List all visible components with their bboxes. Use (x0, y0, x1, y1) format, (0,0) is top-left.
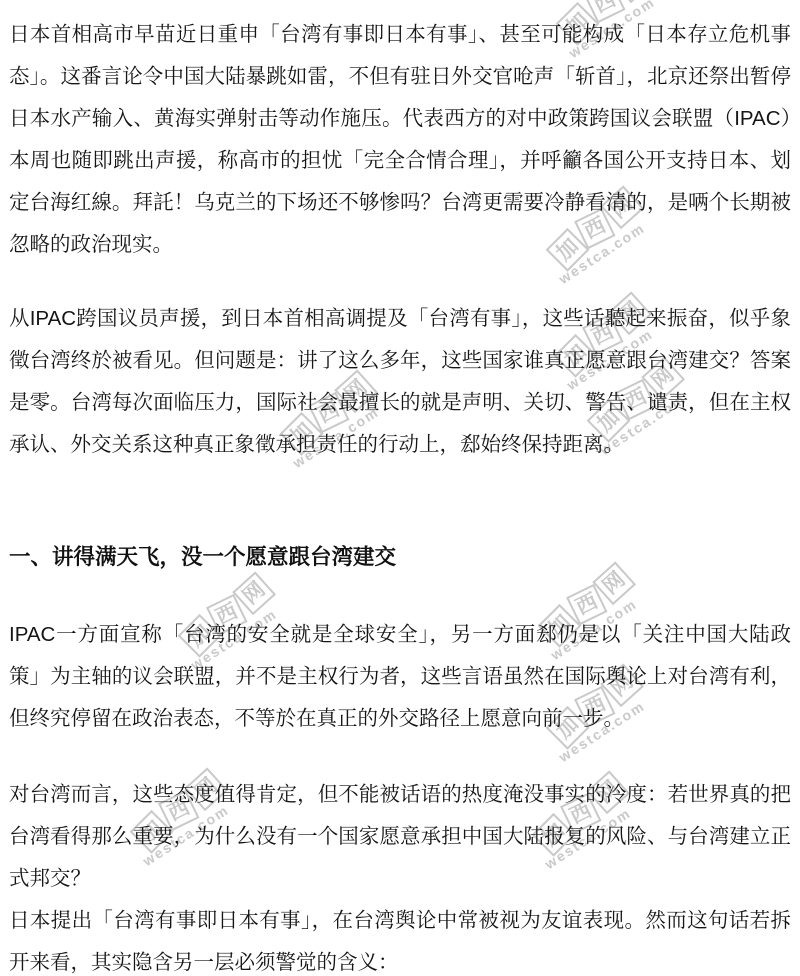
paragraph-5: 日本提出「台湾有事即日本有事」，在台湾舆论中常被视为友谊表现。然而这句话若拆开来… (9, 900, 791, 976)
section-heading: 一、讲得满天飞，没一个愿意跟台湾建交 (9, 536, 791, 578)
paragraph-4: 对台湾而言，这些态度值得肯定，但不能被话语的热度淹没事实的冷度：若世界真的把台湾… (9, 774, 791, 900)
paragraph-2: 从IPAC跨国议员声援，到日本首相高调提及「台湾有事」，这些话聽起来振奋，似乎象… (9, 298, 791, 466)
article-page: 加西网westca.com加西网westca.com加西网westca.com加… (0, 0, 800, 976)
paragraph-1: 日本首相高市早苗近日重申「台湾有事即日本有事」、甚至可能构成「日本存立危机事态」… (9, 14, 791, 266)
article-body: 日本首相高市早苗近日重申「台湾有事即日本有事」、甚至可能构成「日本存立危机事态」… (0, 14, 800, 976)
watermark-logo-char: 网 (610, 0, 654, 3)
paragraph-3: IPAC一方面宣称「台湾的安全就是全球安全」，另一方面郄仍是以「关注中国大陆政策… (9, 614, 791, 740)
